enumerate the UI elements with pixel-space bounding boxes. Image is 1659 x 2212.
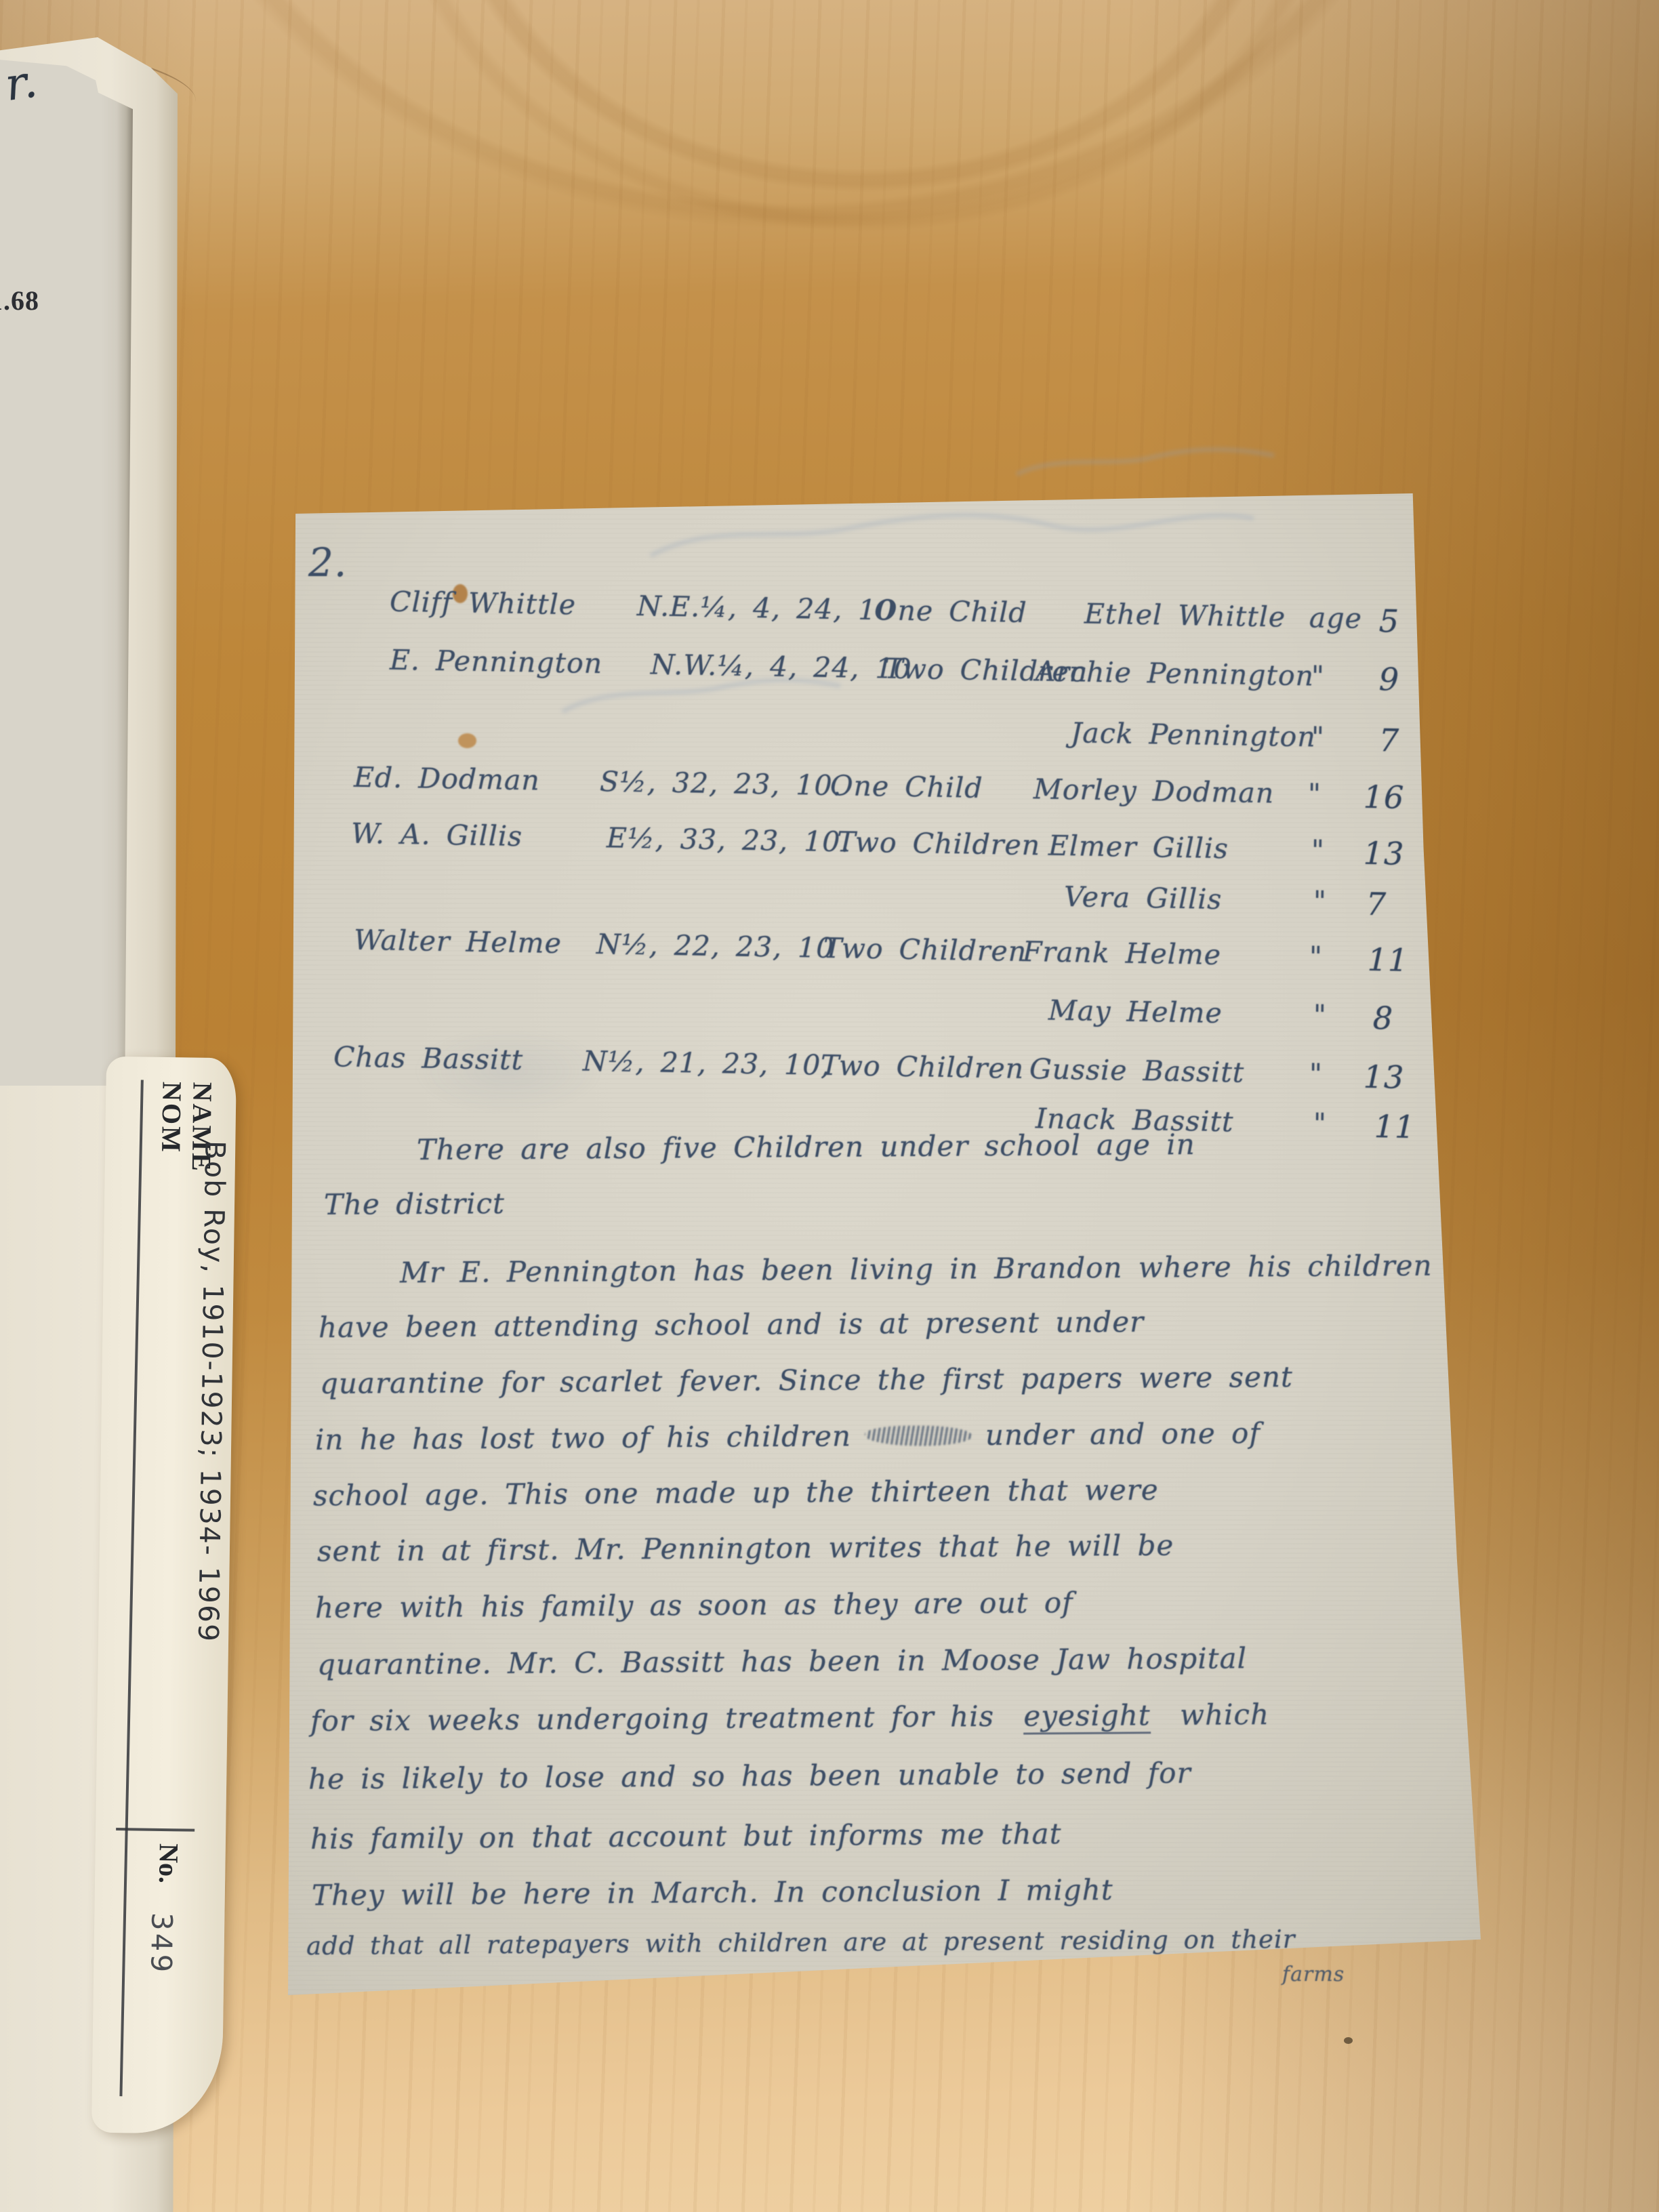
body-line: his family on that account but informs m… — [310, 1817, 1062, 1856]
body-line: There are also five Children under schoo… — [417, 1128, 1195, 1166]
body-line-text: here with his family as soon as they are… — [315, 1586, 1073, 1624]
handwriting-ink-layer: 2. Cliff WhittleN.E.¼, 4, 24, 10One Chil… — [0, 0, 1659, 2212]
body-line-text: Mr E. Pennington has been living in Bran… — [400, 1249, 1433, 1290]
ratepayer-name: E. Pennington — [390, 644, 603, 680]
age-ditto-mark: " — [1309, 940, 1323, 972]
body-line: quarantine. Mr. C. Bassitt has been in M… — [317, 1641, 1247, 1681]
body-line-text: which — [1164, 1698, 1270, 1734]
body-line-text: quarantine for scarlet fever. Since the … — [320, 1360, 1293, 1400]
age-value: 5 — [1378, 602, 1399, 640]
ratepayer-name: Ed. Dodman — [354, 761, 541, 797]
child-name: Gussie Bassitt — [1029, 1052, 1245, 1089]
body-line: have been attending school and is at pre… — [319, 1305, 1144, 1345]
age-ditto-mark: age — [1309, 601, 1362, 634]
age-value: 13 — [1363, 835, 1404, 872]
body-line-text: There are also five Children under schoo… — [417, 1128, 1195, 1166]
children-count: Two Children — [821, 1049, 1025, 1085]
children-count: One Child — [874, 594, 1027, 629]
land-description: N½, 21, 23, 10, — [583, 1045, 831, 1082]
children-count: Two Children — [823, 932, 1027, 968]
age-value: 8 — [1372, 1000, 1393, 1037]
age-value: 16 — [1363, 779, 1404, 816]
age-ditto-mark: " — [1311, 720, 1325, 753]
roster-row: E. PenningtonN.W.¼, 4, 24, 10Two Childre… — [0, 637, 1659, 707]
ratepayer-name: Chas Bassitt — [333, 1040, 524, 1076]
body-line: school age. This one made up the thirtee… — [313, 1473, 1159, 1513]
roster-row: Walter HelmeN½, 22, 23, 10Two ChildrenFr… — [0, 918, 1659, 987]
body-line: he is likely to lose and so has been una… — [308, 1756, 1191, 1795]
page-number: 2. — [308, 539, 347, 586]
underlined-word: eyesight — [1023, 1698, 1151, 1734]
body-line: The district — [324, 1187, 505, 1221]
body-line-text: he is likely to lose and so has been una… — [308, 1756, 1191, 1795]
land-description: E½, 33, 23, 10. — [607, 821, 851, 858]
body-line: for six weeks undergoing treatment for h… — [310, 1698, 1269, 1740]
child-name: Frank Helme — [1023, 935, 1222, 971]
body-line-text: They will be here in March. In conclusio… — [312, 1873, 1113, 1912]
roster-row: Jack Pennington"7 — [0, 698, 1659, 768]
roster-row: Ed. DodmanS½, 32, 23, 10.One ChildMorley… — [0, 755, 1659, 825]
body-line-text: sent in at first. Mr. Pennington writes … — [317, 1529, 1174, 1568]
body-line-text: have been attending school and is at pre… — [319, 1305, 1144, 1345]
body-line: sent in at first. Mr. Pennington writes … — [317, 1529, 1174, 1568]
body-line-text: in he has lost two of his children — [315, 1419, 851, 1456]
body-line: add that all ratepayers with children ar… — [306, 1925, 1296, 1961]
note-below-last-line: farms — [1282, 1963, 1345, 1986]
body-line-text: his family on that account but informs m… — [310, 1817, 1062, 1856]
body-line-text: add that all ratepayers with children ar… — [306, 1925, 1296, 1961]
body-line: They will be here in March. In conclusio… — [312, 1873, 1113, 1912]
child-name: Elmer Gillis — [1048, 829, 1229, 865]
age-ditto-mark: " — [1311, 834, 1325, 866]
age-value: 7 — [1366, 886, 1387, 923]
child-name: Archie Pennington — [1036, 655, 1315, 692]
age-ditto-mark: " — [1311, 659, 1325, 692]
body-line-text: quarantine. Mr. C. Bassitt has been in M… — [317, 1641, 1247, 1681]
roster-row: Cliff WhittleN.E.¼, 4, 24, 10One ChildEt… — [0, 579, 1659, 649]
age-ditto-mark: " — [1313, 1107, 1327, 1139]
scratched-out-word — [865, 1425, 972, 1446]
child-name: Vera Gillis — [1064, 880, 1223, 916]
body-line: here with his family as soon as they are… — [315, 1586, 1073, 1624]
land-description: S½, 32, 23, 10. — [600, 765, 842, 802]
age-value: 13 — [1363, 1059, 1404, 1096]
land-description: N.E.¼, 4, 24, 10 — [637, 590, 895, 627]
child-name: Jack Pennington — [1071, 716, 1317, 753]
age-value: 7 — [1378, 722, 1399, 759]
child-name: Ethel Whittle — [1084, 598, 1286, 634]
age-value: 9 — [1378, 661, 1399, 698]
land-description: N½, 22, 23, 10 — [596, 928, 835, 964]
land-description: N.W.¼, 4, 24, 10 — [651, 648, 912, 685]
child-name: Morley Dodman — [1033, 773, 1275, 809]
children-count: One Child — [830, 769, 983, 804]
body-line: in he has lost two of his childrenunder … — [315, 1416, 1261, 1456]
ratepayer-name: Cliff Whittle — [390, 586, 577, 621]
body-line: quarantine for scarlet fever. Since the … — [320, 1360, 1293, 1400]
child-name: May Helme — [1048, 994, 1223, 1029]
roster-row: May Helme"8 — [0, 976, 1659, 1046]
age-value: 11 — [1367, 941, 1408, 979]
ratepayer-name: Walter Helme — [354, 924, 562, 960]
age-ditto-mark: " — [1309, 1057, 1323, 1090]
age-value: 11 — [1374, 1108, 1415, 1145]
age-ditto-mark: " — [1313, 998, 1327, 1031]
archival-photo: r. 1.68 NAME NOM Bob Roy, 1910-1923; 193… — [0, 0, 1659, 2212]
body-line-text: for six weeks undergoing treatment for h… — [310, 1700, 1010, 1740]
body-line: Mr E. Pennington has been living in Bran… — [400, 1249, 1433, 1290]
body-line-text: The district — [324, 1187, 505, 1221]
body-line-text: school age. This one made up the thirtee… — [313, 1473, 1159, 1513]
age-ditto-mark: " — [1313, 884, 1327, 917]
ratepayer-name: W. A. Gillis — [351, 817, 523, 853]
children-count: Two Children — [837, 825, 1041, 861]
body-line-text: under and one of — [985, 1416, 1261, 1452]
age-ditto-mark: " — [1307, 777, 1322, 810]
